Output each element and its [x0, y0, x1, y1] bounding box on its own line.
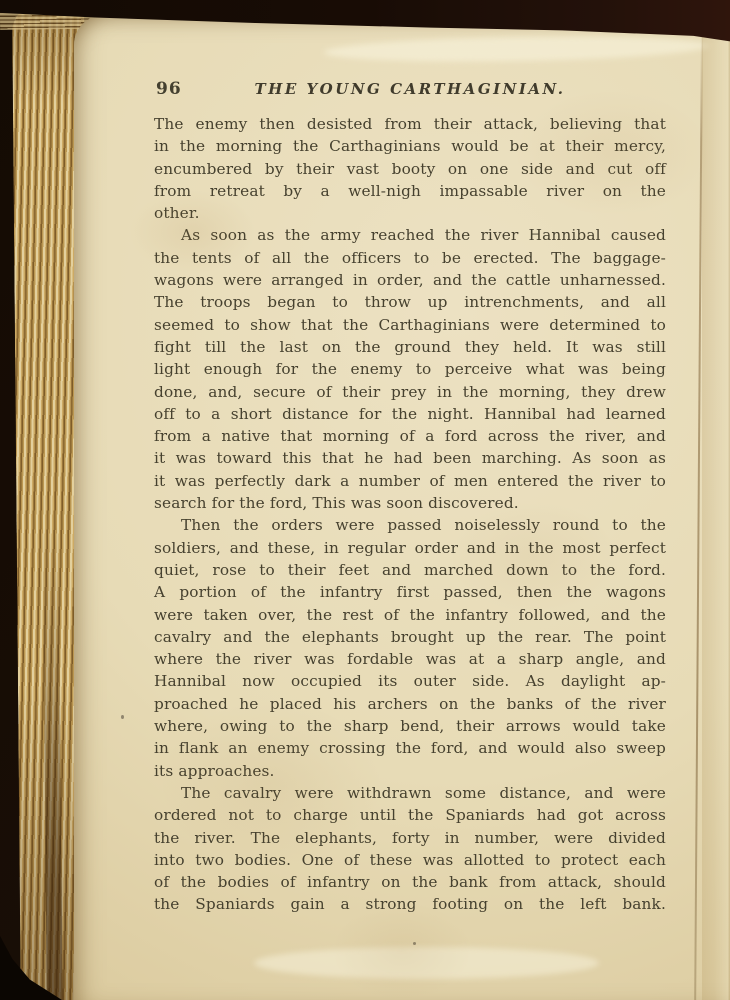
- text-line: encumbered by their vast booty on one si…: [154, 158, 666, 180]
- book-scan: 96 THE YOUNG CARTHAGINIAN. The enemy the…: [0, 0, 730, 1000]
- text-line: quiet, rose to their feet and marched do…: [154, 559, 666, 581]
- text-line: off to a short distance for the night. H…: [154, 403, 666, 425]
- text-line: from a native that morning of a ford acr…: [154, 425, 666, 447]
- running-title: THE YOUNG CARTHAGINIAN.: [154, 80, 666, 98]
- text-line: its approaches.: [154, 760, 666, 782]
- text-line: in flank an enemy crossing the ford, and…: [154, 737, 666, 759]
- page-header: 96 THE YOUNG CARTHAGINIAN.: [154, 77, 666, 113]
- text-line: fight till the last on the ground they h…: [154, 336, 666, 358]
- text-line: it was perfectly dark a number of men en…: [154, 470, 666, 492]
- text-line: the river. The elephants, forty in numbe…: [154, 827, 666, 849]
- text-line: from retreat by a well-nigh impassable r…: [154, 180, 666, 202]
- text-line: The troops began to throw up intrenchmen…: [154, 291, 666, 313]
- text-line: where, owing to the sharp bend, their ar…: [154, 715, 666, 737]
- text-line: Then the orders were passed noiselessly …: [154, 514, 666, 536]
- paper-speck: [413, 942, 416, 945]
- text-line: Hannibal now occupied its outer side. As…: [154, 670, 666, 692]
- book-page: 96 THE YOUNG CARTHAGINIAN. The enemy the…: [74, 15, 730, 1000]
- text-line: were taken over, the rest of the infantr…: [154, 604, 666, 626]
- text-line: where the river was fordable was at a sh…: [154, 648, 666, 670]
- text-line: it was toward this that he had been marc…: [154, 447, 666, 469]
- text-line: in the morning the Carthaginians would b…: [154, 135, 666, 157]
- text-line: A portion of the infantry first passed, …: [154, 581, 666, 603]
- text-line: other.: [154, 202, 666, 224]
- paper-sheen-top: [324, 34, 709, 65]
- text-line: seemed to show that the Carthaginians we…: [154, 314, 666, 336]
- text-line: light enough for the enemy to perceive w…: [154, 358, 666, 380]
- text-line: the Spaniards gain a strong footing on t…: [154, 893, 666, 915]
- page-right-edge: [702, 15, 730, 1000]
- text-line: cavalry and the elephants brought up the…: [154, 626, 666, 648]
- text-line: wagons were arranged in order, and the c…: [154, 269, 666, 291]
- text-line: search for the ford, This was soon disco…: [154, 492, 666, 514]
- page-text-body: The enemy then desisted from their attac…: [154, 113, 666, 916]
- text-line: soldiers, and these, in regular order an…: [154, 537, 666, 559]
- text-line: into two bodies. One of these was allott…: [154, 849, 666, 871]
- text-line: proached he placed his archers on the ba…: [154, 693, 666, 715]
- text-line: done, and, secure of their prey in the m…: [154, 381, 666, 403]
- text-line: of the bodies of infantry on the bank fr…: [154, 871, 666, 893]
- text-line: The enemy then desisted from their attac…: [154, 113, 666, 135]
- page-text: 96 THE YOUNG CARTHAGINIAN. The enemy the…: [154, 77, 666, 916]
- text-line: The cavalry were withdrawn some distance…: [154, 782, 666, 804]
- text-line: ordered not to charge until the Spaniard…: [154, 804, 666, 826]
- text-line: the tents of all the officers to be erec…: [154, 247, 666, 269]
- paper-speck: [121, 715, 124, 719]
- paper-sheen-bottom: [254, 947, 599, 979]
- text-line: As soon as the army reached the river Ha…: [154, 224, 666, 246]
